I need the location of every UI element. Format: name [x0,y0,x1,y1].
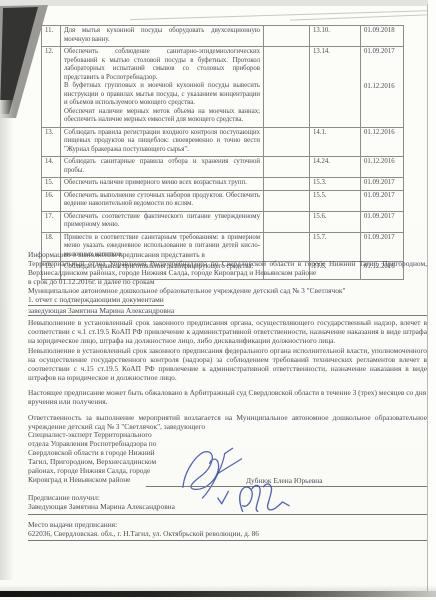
row-number: 14. [42,157,61,178]
scan-right-edge [427,4,428,592]
requirement-text: Обеспечить выполнение суточных наборов п… [61,190,264,211]
report-underlined-text: 1. отчет с подтверждающими документами [28,295,164,306]
scan-left-edge [0,100,14,580]
deadline-date: 01.12.2016 [364,158,400,167]
empty-cell [264,178,310,191]
empty-cell [264,127,310,157]
sanpin-clause: 14.24. [310,157,361,178]
row-number: 17. [42,211,61,232]
deadline-date: 01.12.2016 [364,129,400,138]
deadline-date: 01.09.2017 [364,48,400,57]
deadline-date: 01.09.2018 [364,27,400,36]
empty-cell [264,26,310,47]
requirements-rows: 11.Для мытья кухонной посуды оборудовать… [42,26,404,280]
requirement-text: Для мытья кухонной посуды оборудовать дв… [61,26,264,47]
info-report-line: 1. отчет с подтверждающими документами [28,295,427,306]
head-signature [214,481,294,519]
sanpin-clause: 13.10. [310,26,361,47]
received-block: Предписание получил: Заведующая Замятина… [28,493,427,515]
row-number: 11. [42,26,61,47]
inspector-signature-block: Специалист-эксперт Территориального отде… [28,430,427,487]
table-row: 15.Обеспечить наличие примерного меню вс… [42,178,404,191]
table-row: 11.Для мытья кухонной посуды оборудовать… [42,26,404,47]
sanpin-clause: 13.14. [310,47,361,128]
info-institution-line: Муниципальное автономное дошкольное обра… [28,286,427,295]
empty-cell [264,47,310,128]
sanpin-clause: 15.5. [310,190,361,211]
scan-diagonal-line [290,14,436,21]
empty-cell [264,190,310,211]
scan-bottom-edge [0,591,436,597]
deadline-cell: 01.09.201701.12.2016 [361,47,404,128]
responsibility-paragraph: Ответственность за выполнение мероприяти… [28,413,427,431]
appeal-paragraph: Настоящее предписание может быть обжалов… [28,388,427,406]
table-row: 12.Обеспечить соблюдение санитарно-эпиде… [42,47,404,128]
sanpin-clause: 15.6. [310,211,361,232]
row-number: 13. [42,127,61,157]
deadline-date: 01.09.2017 [364,213,400,222]
empty-cell [264,157,310,178]
row-number: 16. [42,190,61,211]
issue-place-address: 622036, Свердловская. обл., г. Н.Тагил, … [28,529,427,538]
document-body-text: Информацию о выполнении предписания пред… [28,250,427,431]
info-head-line: заведующая Замятина Марина Александровна [28,306,427,317]
deadline-date: 01.12.2016 [364,83,400,92]
scanned-prescription-page: 11.Для мытья кухонной посуды оборудовать… [0,0,436,600]
sanpin-clause: 15.3. [310,178,361,191]
deadline-cell: 01.09.2017 [361,178,404,191]
table-row: 17.Обеспечить соответствие фактического … [42,211,404,232]
deadline-date: 01.09.2017 [364,179,400,188]
legal-paragraph-2: Невыполнение в установленный срок законн… [28,346,427,382]
deadline-cell: 01.09.2017 [361,190,404,211]
inspector-title: Специалист-эксперт Территориального отде… [28,430,166,484]
info-submit-line: Информацию о выполнении предписания пред… [28,250,427,259]
deadline-date: 01.09.2017 [364,234,400,243]
table-row: 13.Соблюдать правила регистрации входног… [42,127,404,157]
deadline-cell: 01.09.2018 [361,26,404,47]
info-territorial-department: Территориальный отдел Управления Роспотр… [28,259,427,277]
requirement-text: Обеспечить наличие примерного меню всех … [61,178,264,191]
issue-place-label: Место выдачи предписания: [28,520,427,529]
requirement-text: Обеспечить соблюдение санитарно-эпидемио… [61,47,264,128]
deadline-cell: 01.12.2016 [361,157,404,178]
scan-right-margin [428,0,436,600]
empty-cell [264,211,310,232]
requirements-table: 11.Для мытья кухонной посуды оборудовать… [41,25,404,280]
signature-section: Специалист-эксперт Территориального отде… [28,430,427,541]
requirement-text: Обеспечить соответствие фактического пит… [61,211,264,232]
issue-place-block: Место выдачи предписания: 622036, Свердл… [28,520,427,541]
deadline-cell: 01.09.2017 [361,211,404,232]
info-deadline-line: в срок до 01.12.2016г. и далее по срокам [28,277,427,286]
deadline-date: 01.09.2017 [364,192,400,201]
legal-paragraph-1: Невыполнение в установленный срок законн… [28,318,427,345]
table-row: 14.Соблюдать санитарные правила отбора и… [42,157,404,178]
table-row: 16.Обеспечить выполнение суточных наборо… [42,190,404,211]
row-number: 12. [42,47,61,128]
deadline-cell: 01.12.2016 [361,127,404,157]
requirement-text: Соблюдать санитарные правила отбора и хр… [61,157,264,178]
requirement-text: Соблюдать правила регистрации входного к… [61,127,264,157]
sanpin-clause: 14.1. [310,127,361,157]
row-number: 15. [42,178,61,191]
scan-top-edge [0,0,436,6]
